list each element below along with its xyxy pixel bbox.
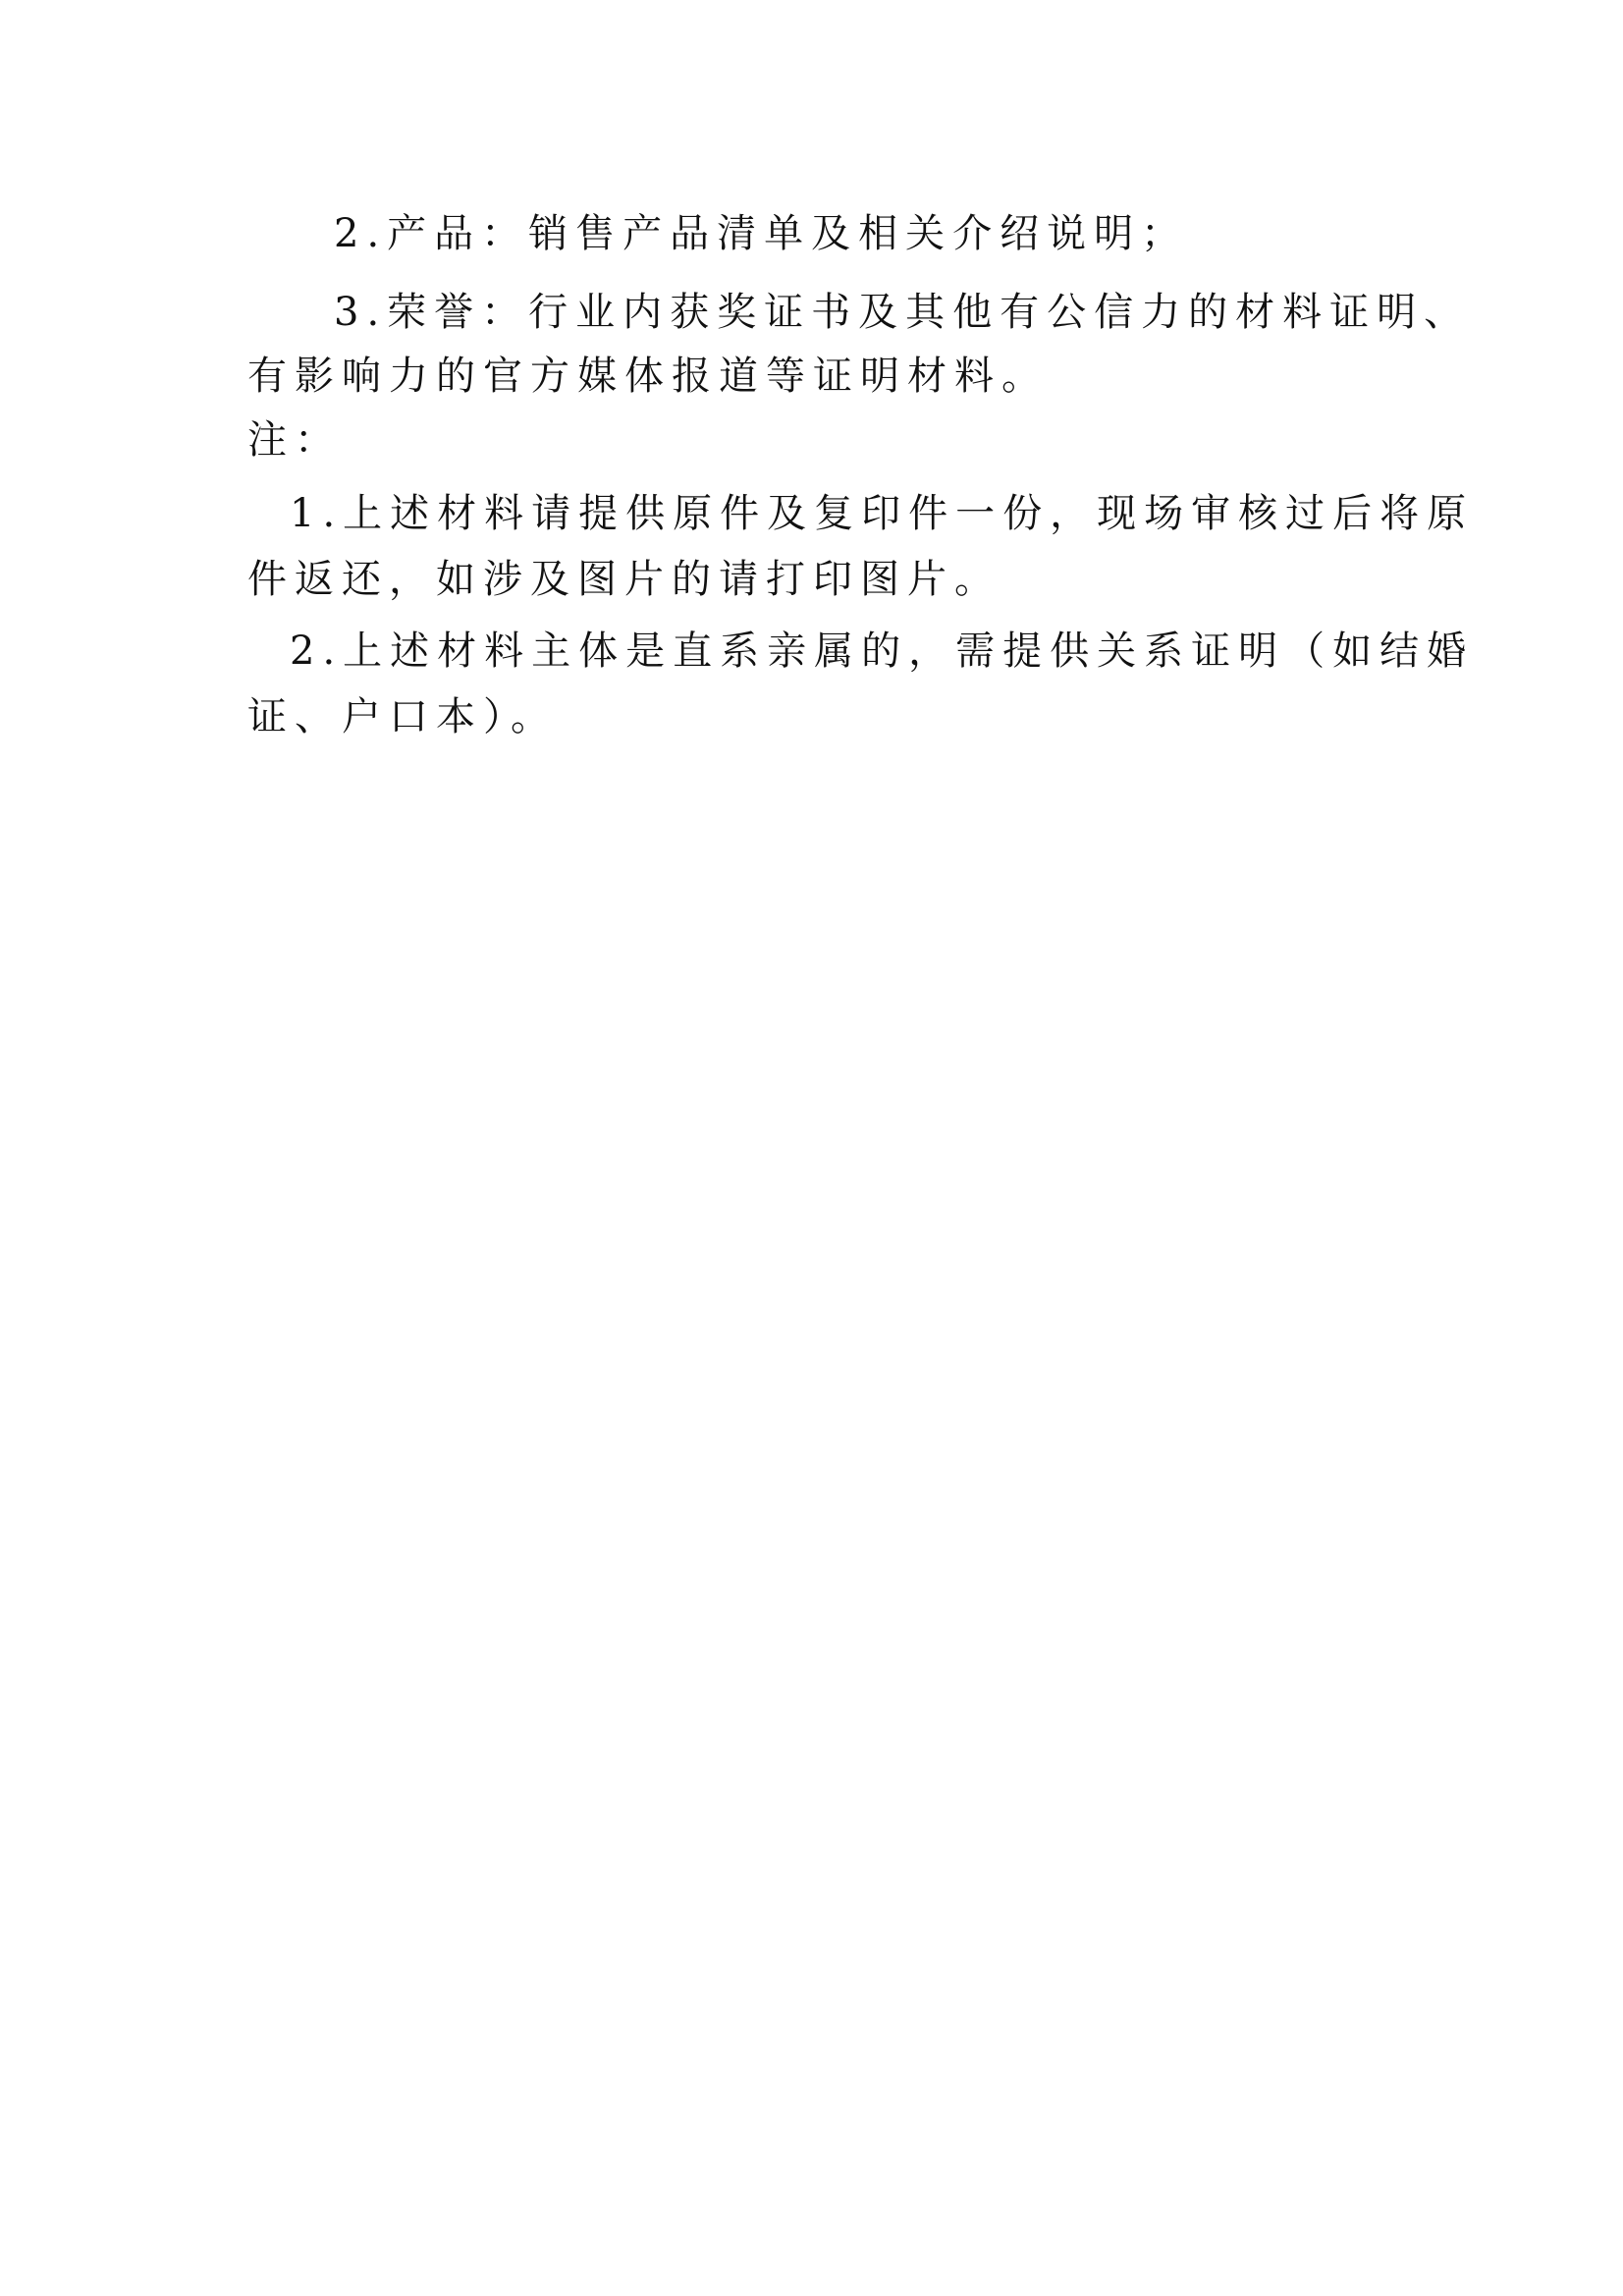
note-item-2-continuation: 证、户口本）。 [247, 689, 558, 744]
note-item-1-continuation: 件返还，如涉及图片的请打印图片。 [247, 552, 1001, 607]
note-item-2: 2.上述材料主体是直系亲属的，需提供关系证明（如结婚 [290, 624, 1474, 679]
note-item-1: 1.上述材料请提供原件及复印件一份，现场审核过后将原 [290, 486, 1474, 541]
item-honors: 3.荣誉：行业内获奖证书及其他有公信力的材料证明、 [334, 285, 1471, 340]
item-honors-continuation: 有影响力的官方媒体报道等证明材料。 [247, 349, 1049, 404]
item-products: 2.产品：销售产品清单及相关介绍说明； [334, 206, 1188, 261]
note-heading: 注： [247, 412, 342, 467]
document-page: 2.产品：销售产品清单及相关介绍说明； 3.荣誉：行业内获奖证书及其他有公信力的… [0, 0, 1623, 2296]
